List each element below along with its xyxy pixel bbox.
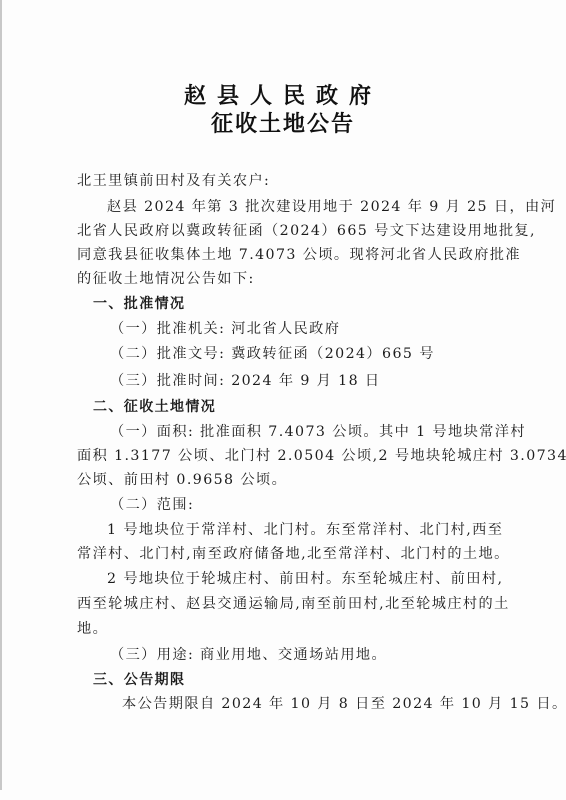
- salutation: 北王里镇前田村及有关农户:: [77, 172, 497, 190]
- section3-heading: 三、公告期限: [93, 671, 513, 689]
- section1-heading: 一、批准情况: [93, 295, 513, 313]
- document-title: 征收土地公告: [0, 112, 566, 138]
- area-line: 公顷、前田村 0.9658 公顷。: [77, 471, 497, 489]
- parcel2-line: 2 号地块位于轮城庄村、前田村。东至轮城庄村、前田村,: [107, 570, 497, 588]
- usage-line: （三）用途: 商业用地、交通场站用地。: [110, 646, 530, 664]
- area-line: （一）面积: 批准面积 7.4073 公顷。其中 1 号地块常洋村: [110, 423, 497, 441]
- intro-line: 同意我县征收集体土地 7.4073 公顷。现将河北省人民政府批准: [77, 246, 497, 264]
- section1-item: （一）批准机关: 河北省人民政府: [110, 320, 500, 338]
- document-page: 赵县人民政府 征收土地公告 北王里镇前田村及有关农户: 赵县 2024 年第 3…: [0, 0, 566, 800]
- notice-period: 本公告期限自 2024 年 10 月 8 日至 2024 年 10 月 15 日…: [122, 695, 542, 713]
- area-line: 面积 1.3177 公顷、北门村 2.0504 公顷,2 号地块轮城庄村 3.0…: [77, 447, 497, 465]
- parcel2-line: 地。: [77, 620, 497, 638]
- intro-line: 北省人民政府以冀政转征函（2024）665 号文下达建设用地批复,: [77, 222, 497, 240]
- scope-label: （二）范围:: [110, 496, 530, 514]
- intro-line: 赵县 2024 年第 3 批次建设用地于 2024 年 9 月 25 日，由河: [107, 198, 497, 216]
- section2-heading: 二、征收土地情况: [93, 398, 513, 416]
- section1-item: （三）批准时间: 2024 年 9 月 18 日: [110, 372, 500, 390]
- section1-item: （二）批准文号: 冀政转征函（2024）665 号: [110, 345, 500, 363]
- parcel1-line: 1 号地块位于常洋村、北门村。东至常洋村、北门村,西至: [107, 521, 497, 539]
- intro-line: 的征收土地情况公告如下:: [77, 270, 497, 288]
- parcel2-line: 西至轮城庄村、赵县交通运输局,南至前田村,北至轮城庄村的土: [77, 595, 497, 613]
- document-title-issuer: 赵县人民政府: [0, 84, 566, 110]
- parcel1-line: 常洋村、北门村,南至政府储备地,北至常洋村、北门村的土地。: [77, 545, 497, 563]
